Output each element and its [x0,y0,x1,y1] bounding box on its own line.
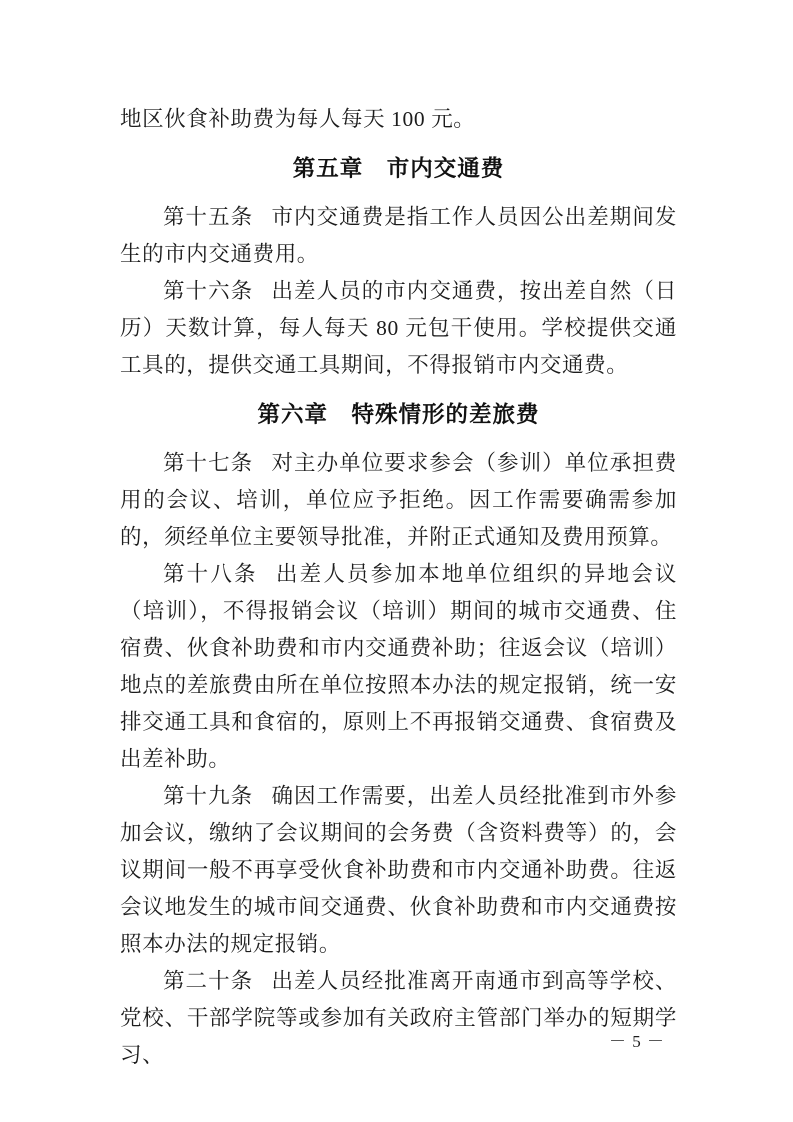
article-19: 第十九条确因工作需要，出差人员经批准到市外参加会议，缴纳了会议期间的会务费（含资… [120,778,677,963]
page-number: － 5 － [609,1032,665,1051]
page-footer: － 5 － [609,1031,665,1053]
paragraph-continuation: 地区伙食补助费为每人每天 100 元。 [120,101,677,138]
article-20-number: 第二十条 [163,969,253,993]
article-18-text: 出差人员参加本地单位组织的异地会议（培训），不得报销会议（培训）期间的城市交通费… [120,562,677,771]
article-17-number: 第十七条 [163,451,253,475]
article-20: 第二十条出差人员经批准离开南通市到高等学校、党校、干部学院等或参加有关政府主管部… [120,963,677,1074]
document-body: 地区伙食补助费为每人每天 100 元。 第五章 市内交通费 第十五条市内交通费是… [120,101,677,1074]
article-19-number: 第十九条 [163,784,253,808]
chapter-5-heading: 第五章 市内交通费 [120,150,677,187]
article-16: 第十六条出差人员的市内交通费，按出差自然（日历）天数计算，每人每天 80 元包干… [120,273,677,384]
article-16-number: 第十六条 [163,279,253,303]
article-18-number: 第十八条 [163,562,258,586]
article-15-number: 第十五条 [163,205,253,229]
article-15: 第十五条市内交通费是指工作人员因公出差期间发生的市内交通费用。 [120,199,677,273]
chapter-6-heading: 第六章 特殊情形的差旅费 [120,396,677,433]
document-page: 地区伙食补助费为每人每天 100 元。 第五章 市内交通费 第十五条市内交通费是… [0,0,793,1122]
article-17: 第十七条对主办单位要求参会（参训）单位承担费用的会议、培训，单位应予拒绝。因工作… [120,445,677,556]
article-18: 第十八条出差人员参加本地单位组织的异地会议（培训），不得报销会议（培训）期间的城… [120,556,677,778]
article-19-text: 确因工作需要，出差人员经批准到市外参加会议，缴纳了会议期间的会务费（含资料费等）… [120,784,677,956]
